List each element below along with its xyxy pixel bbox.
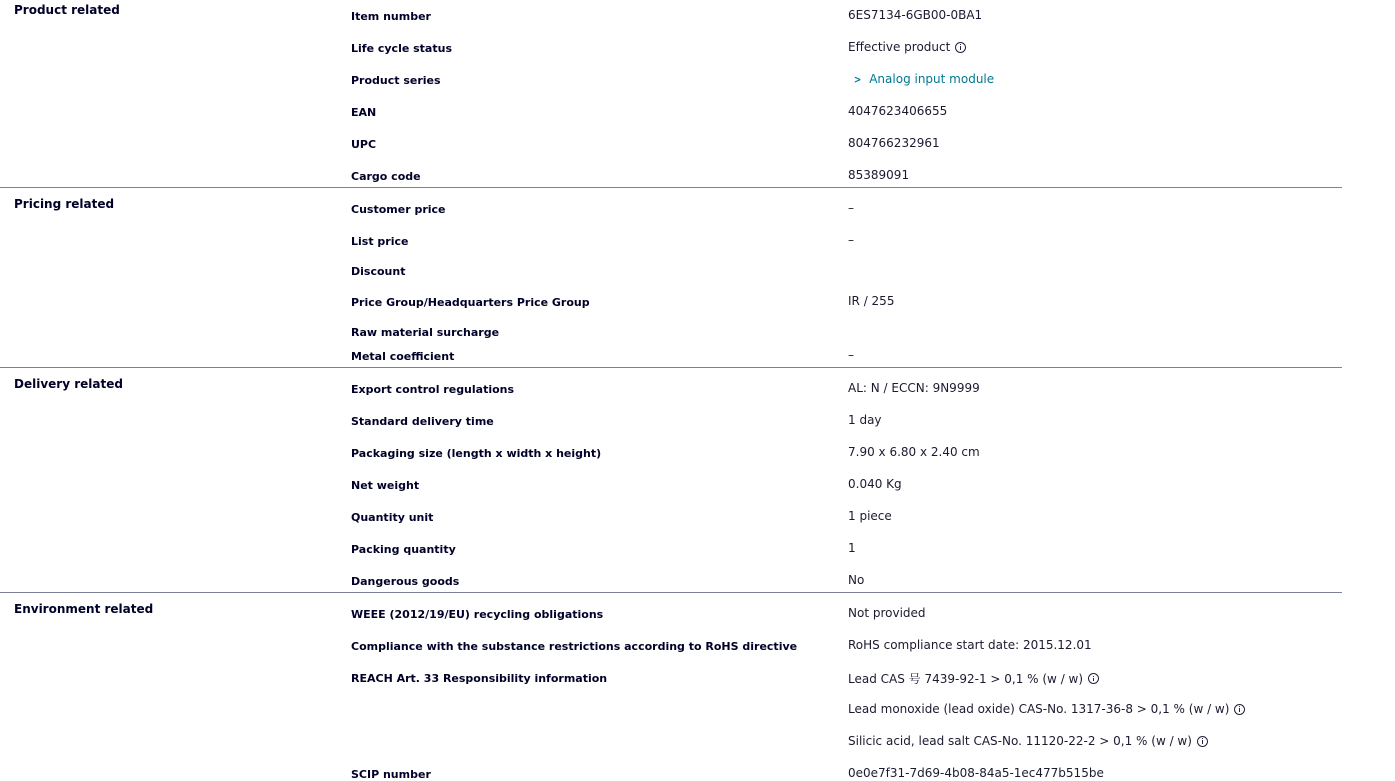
value-text: Effective product <box>848 40 950 54</box>
value-text: AL: N / ECCN: 9N9999 <box>848 381 980 395</box>
value-text: Silicic acid, lead salt CAS-No. 11120-22… <box>848 734 1192 748</box>
section-title: Environment related <box>14 602 153 616</box>
section-pricing-related: Pricing relatedCustomer price–List price… <box>0 187 1342 188</box>
row-label: Raw material surcharge <box>351 326 499 339</box>
row-label: Customer price <box>351 203 446 216</box>
info-icon[interactable] <box>1197 736 1208 747</box>
row-label: Item number <box>351 10 431 23</box>
row-value: IR / 255 <box>848 294 894 308</box>
row-label: Export control regulations <box>351 383 514 396</box>
row-value: 1 <box>848 541 856 555</box>
row-label: WEEE (2012/19/EU) recycling obligations <box>351 608 603 621</box>
row-label: SCIP number <box>351 768 431 781</box>
info-icon[interactable] <box>1088 673 1099 684</box>
row-label: Discount <box>351 265 405 278</box>
row-label: EAN <box>351 106 376 119</box>
value-text: – <box>848 233 854 247</box>
row-label: Cargo code <box>351 170 421 183</box>
row-value: – <box>848 348 854 362</box>
value-text: RoHS compliance start date: 2015.12.01 <box>848 638 1092 652</box>
value-text: 1 <box>848 541 856 555</box>
section-title: Delivery related <box>14 377 123 391</box>
row-value: 4047623406655 <box>848 104 947 118</box>
row-value: Effective product <box>848 40 966 54</box>
value-text: 4047623406655 <box>848 104 947 118</box>
row-label: Packaging size (length x width x height) <box>351 447 601 460</box>
row-value[interactable]: >Analog input module <box>848 72 994 86</box>
product-series-link[interactable]: Analog input module <box>869 72 994 86</box>
value-text: – <box>848 348 854 362</box>
value-text: IR / 255 <box>848 294 894 308</box>
row-value: – <box>848 201 854 215</box>
value-text: 804766232961 <box>848 136 940 150</box>
row-label: Dangerous goods <box>351 575 459 588</box>
row-value: No <box>848 573 864 587</box>
row-value: 85389091 <box>848 168 909 182</box>
value-text: No <box>848 573 864 587</box>
row-value: AL: N / ECCN: 9N9999 <box>848 381 980 395</box>
row-value: 1 day <box>848 413 882 427</box>
row-label: Compliance with the substance restrictio… <box>351 640 797 653</box>
row-value: 1 piece <box>848 509 892 523</box>
info-icon[interactable] <box>955 42 966 53</box>
row-label: REACH Art. 33 Responsibility information <box>351 672 607 685</box>
row-label: Net weight <box>351 479 419 492</box>
value-text: 6ES7134-6GB00-0BA1 <box>848 8 982 22</box>
row-label: Metal coefficient <box>351 350 454 363</box>
row-value: Lead monoxide (lead oxide) CAS-No. 1317-… <box>848 702 1245 716</box>
value-text: 1 day <box>848 413 882 427</box>
row-label: Quantity unit <box>351 511 433 524</box>
row-value: Lead CAS 号 7439-92-1 > 0,1 % (w / w) <box>848 670 1099 687</box>
row-value: 6ES7134-6GB00-0BA1 <box>848 8 982 22</box>
row-label: Life cycle status <box>351 42 452 55</box>
section-title: Product related <box>14 3 120 17</box>
row-value: Silicic acid, lead salt CAS-No. 11120-22… <box>848 734 1208 748</box>
info-icon[interactable] <box>1234 704 1245 715</box>
row-label: Product series <box>351 74 441 87</box>
row-value: – <box>848 233 854 247</box>
row-label: List price <box>351 235 408 248</box>
section-environment-related: Environment relatedWEEE (2012/19/EU) rec… <box>0 592 1342 593</box>
row-value: 7.90 x 6.80 x 2.40 cm <box>848 445 980 459</box>
value-text: 85389091 <box>848 168 909 182</box>
row-label: Packing quantity <box>351 543 456 556</box>
value-text: 0.040 Kg <box>848 477 902 491</box>
value-text: Not provided <box>848 606 926 620</box>
value-text: Lead monoxide (lead oxide) CAS-No. 1317-… <box>848 702 1229 716</box>
row-value: 0e0e7f31-7d69-4b08-84a5-1ec477b515be <box>848 766 1104 780</box>
value-text: 7.90 x 6.80 x 2.40 cm <box>848 445 980 459</box>
value-text: 1 piece <box>848 509 892 523</box>
row-label: Price Group/Headquarters Price Group <box>351 296 590 309</box>
chevron-right-icon: > <box>854 73 861 86</box>
row-value: 0.040 Kg <box>848 477 902 491</box>
row-value: RoHS compliance start date: 2015.12.01 <box>848 638 1092 652</box>
section-title: Pricing related <box>14 197 114 211</box>
value-text: – <box>848 201 854 215</box>
value-text: 0e0e7f31-7d69-4b08-84a5-1ec477b515be <box>848 766 1104 780</box>
row-label: Standard delivery time <box>351 415 494 428</box>
row-value: 804766232961 <box>848 136 940 150</box>
value-text: Lead CAS 号 7439-92-1 > 0,1 % (w / w) <box>848 670 1083 687</box>
row-value: Not provided <box>848 606 926 620</box>
section-delivery-related: Delivery relatedExport control regulatio… <box>0 367 1342 368</box>
row-label: UPC <box>351 138 376 151</box>
